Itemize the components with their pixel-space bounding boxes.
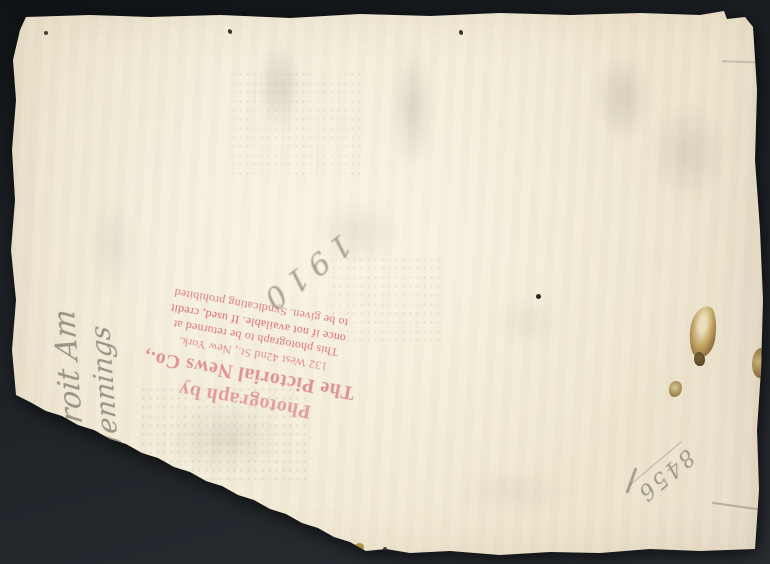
grime-speckle-patch [330,255,440,345]
handling-smudge [295,185,420,280]
agency-ink-stamp: Photograph by The Pictorial News Co., 13… [73,269,433,443]
handling-smudge [150,390,300,485]
stamp-line: Photograph by [73,357,417,443]
pin-speck [44,31,48,35]
pin-speck [227,28,233,34]
pencil-caption-line2: Mgr. Jennings [70,114,129,518]
handling-smudge [480,290,575,355]
photo-mount-background: Photograph by The Pictorial News Co., 13… [0,0,770,564]
handling-smudge [250,25,310,145]
handling-smudge [430,460,600,525]
pencil-year-note: 1910 [251,226,358,320]
pin-speck [458,29,463,35]
handling-smudge [635,85,740,220]
stamp-line: 132 West 42nd St., New York. [82,316,425,391]
stamp-line: to be given. Syndicating prohibited [90,269,433,344]
stamp-line: The Pictorial News Co., [77,331,421,417]
pencil-line [712,502,758,510]
grime-speckle-patch [140,385,310,480]
ink-dot-speck [536,294,541,299]
handling-smudge [80,180,145,310]
pencil-caption-line1: Detroit Am [33,116,93,479]
handling-smudge [585,35,660,160]
photo-verso-card: Photograph by The Pictorial News Co., 13… [0,0,770,564]
stamp-line: This photograph to be returned at [84,300,427,375]
pin-speck [383,547,387,551]
grime-speckle-patch [230,70,360,180]
pencil-number-note: 8456 [629,441,699,506]
adhesive-stain-small [669,381,682,397]
pencil-stray-mark [625,467,637,493]
adhesive-stain-large [687,304,720,359]
pencil-line [722,60,768,63]
adhesive-stain-tail [694,352,705,366]
pencil-caption: Detroit Am Mgr. Jennings [34,114,127,478]
stamp-line: once if not available. If used, credit [87,285,430,360]
adhesive-stain-bottom [355,543,364,551]
adhesive-stain-edge [752,348,769,378]
card-shadow: Photograph by The Pictorial News Co., 13… [0,0,770,564]
handling-smudge [385,25,440,190]
